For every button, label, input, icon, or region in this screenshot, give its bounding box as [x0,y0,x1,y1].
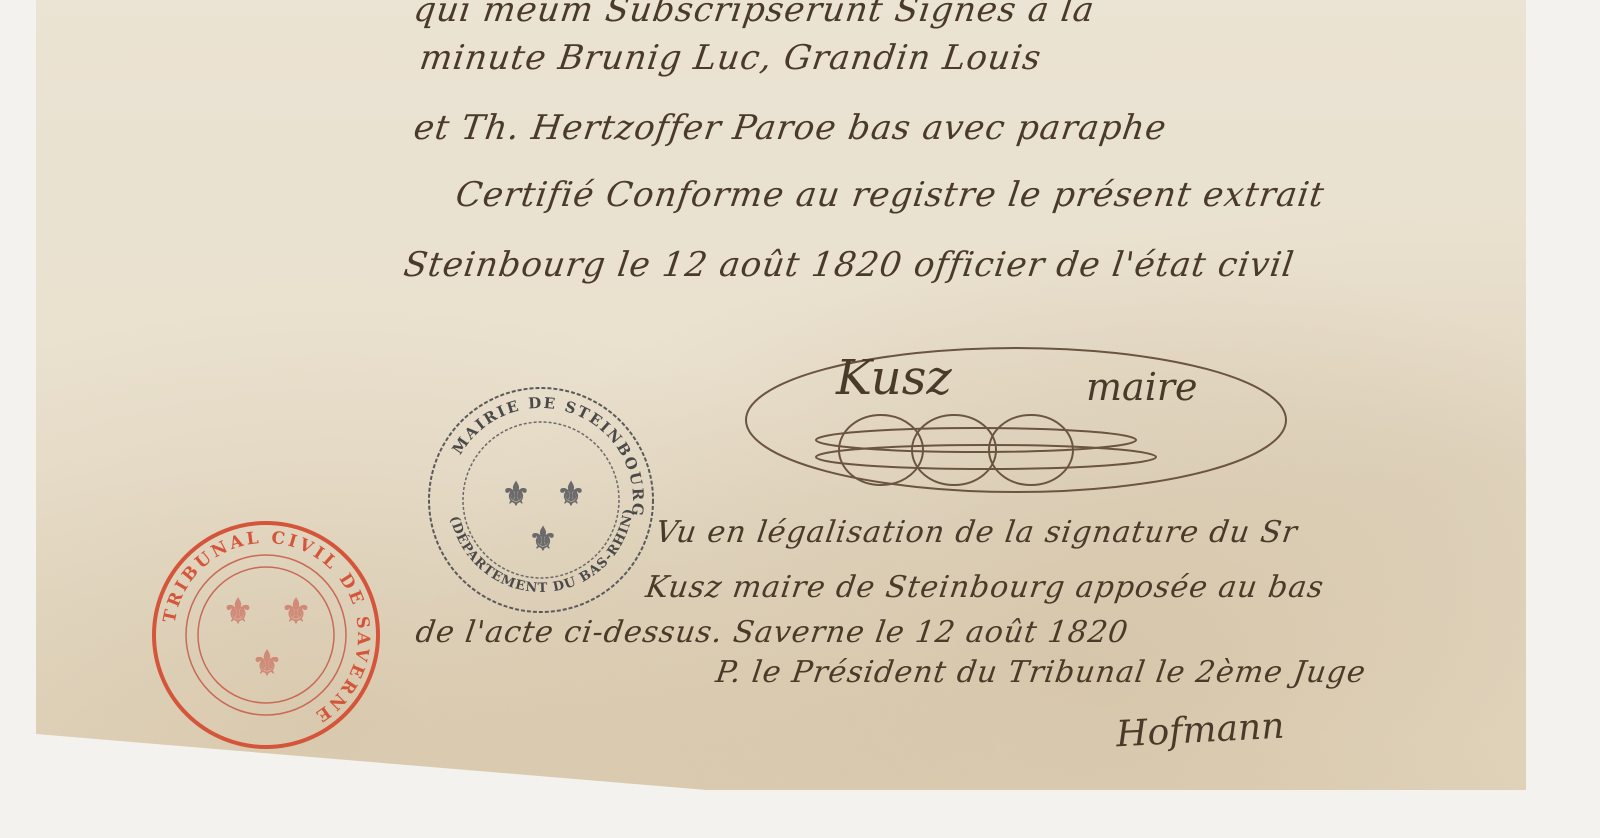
text-line-3: et Th. Hertzoffer Paroe bas avec paraphe [411,108,1169,148]
fleur-de-lis-icon: ⚜ [281,592,311,632]
text-line-5: Steinbourg le 12 août 1820 officier de l… [401,245,1297,285]
signature-flourish-icon [726,325,1296,495]
text-line-4: Certifié Conforme au registre le présent… [453,175,1327,215]
legalisation-line-1: Vu en légalisation de la signature du Sr [654,515,1300,550]
svg-text:TRIBUNAL CIVIL DE SAVERNE: TRIBUNAL CIVIL DE SAVERNE [160,528,374,727]
fleur-de-lis-icon: ⚜ [529,520,558,558]
mayor-signature-block: Kusz maire [726,325,1296,495]
fleur-de-lis-icon: ⚜ [223,592,253,632]
legalisation-line-3: de l'acte ci-dessus. Saverne le 12 août … [414,615,1131,650]
legalisation-line-2: Kusz maire de Steinbourg apposée au bas [644,570,1327,605]
fleur-de-lis-icon: ⚜ [502,475,531,513]
text-line-2: minute Brunig Luc, Grandin Louis [417,38,1044,78]
svg-text:MAIRIE DE STEINBOURG: MAIRIE DE STEINBOURG [448,394,647,519]
fleur-de-lis-icon: ⚜ [557,475,586,513]
document-page: qui meum Subscripserunt Signes à la minu… [36,0,1526,790]
legalisation-line-4: P. le Président du Tribunal le 2ème Juge [714,655,1369,690]
mayor-title: maire [1086,365,1198,409]
fleur-de-lis-icon: ⚜ [252,644,282,684]
mayor-signature-name: Kusz [836,350,952,406]
tribunal-stamp: TRIBUNAL CIVIL DE SAVERNE ⚜ ⚜ ⚜ [146,515,386,755]
judge-signature: Hofmann [1115,706,1285,756]
mairie-stamp: MAIRIE DE STEINBOURG (DÉPARTEMENT DU BAS… [421,380,661,620]
text-line-1: qui meum Subscripserunt Signes à la [411,0,1097,30]
